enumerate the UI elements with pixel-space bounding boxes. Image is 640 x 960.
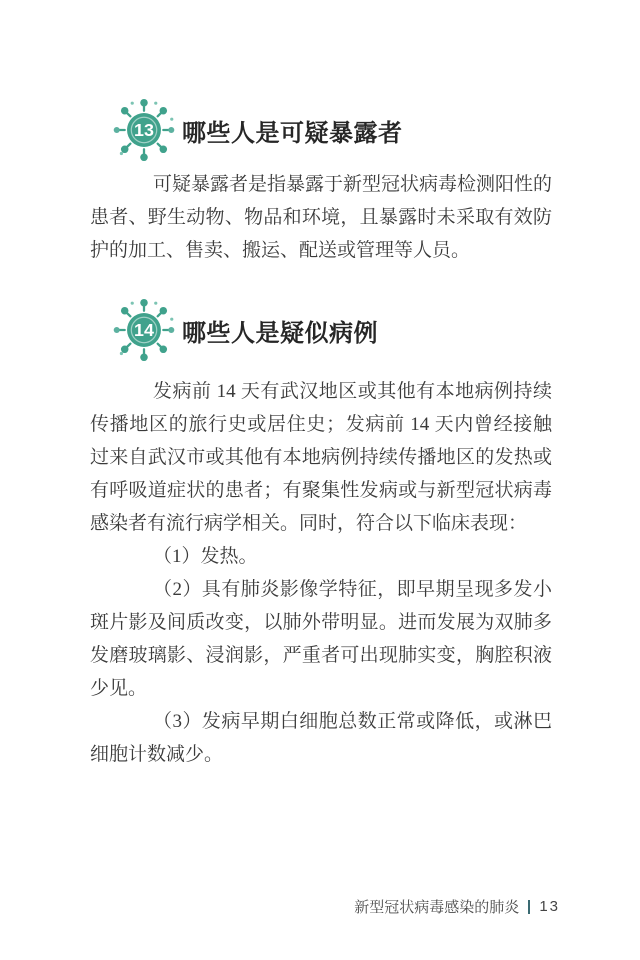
section-13-body: 可疑暴露者是指暴露于新型冠状病毒检测阳性的患者、野生动物、物品和环境，且暴露时未…	[90, 168, 552, 267]
list-item-3: （3）发病早期白细胞总数正常或降低，或淋巴细胞计数减少。	[90, 705, 552, 771]
virus-icon: 14	[112, 298, 176, 362]
list-item-2: （2）具有肺炎影像学特征，即早期呈现多发小斑片影及间质改变，以肺外带明显。进而发…	[90, 573, 552, 705]
footer-page-number: 13	[539, 898, 560, 915]
section-14-header: 14 哪些人是疑似病例	[112, 296, 378, 364]
section-title: 哪些人是可疑暴露者	[182, 113, 403, 148]
document-page: 13 哪些人是可疑暴露者 可疑暴露者是指暴露于新型冠状病毒检测阳性的患者、野生动…	[0, 0, 640, 960]
section-13-header: 13 哪些人是可疑暴露者	[112, 96, 403, 164]
paragraph: 可疑暴露者是指暴露于新型冠状病毒检测阳性的患者、野生动物、物品和环境，且暴露时未…	[90, 168, 552, 267]
virus-icon: 13	[112, 98, 176, 162]
footer-book-title: 新型冠状病毒感染的肺炎	[354, 896, 519, 917]
section-number: 13	[134, 120, 154, 140]
section-title: 哪些人是疑似病例	[182, 313, 378, 348]
list-item-1: （1）发热。	[90, 540, 552, 573]
footer-divider	[528, 900, 530, 914]
page-footer: 新型冠状病毒感染的肺炎 13	[354, 896, 560, 917]
section-14-body: 发病前 14 天有武汉地区或其他有本地病例持续传播地区的旅行史或居住史；发病前 …	[90, 375, 552, 771]
paragraph: 发病前 14 天有武汉地区或其他有本地病例持续传播地区的旅行史或居住史；发病前 …	[90, 375, 552, 540]
section-number: 14	[134, 320, 154, 340]
